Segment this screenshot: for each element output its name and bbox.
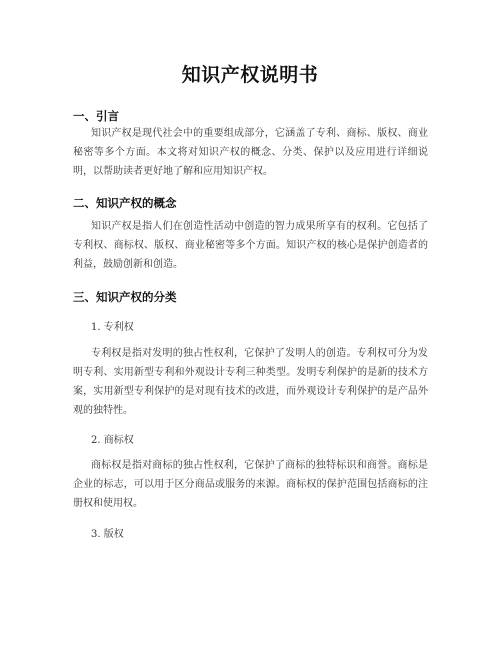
section-paragraph-introduction: 知识产权是现代社会中的重要组成部分，它涵盖了专利、商标、版权、商业秘密等多个方面… (73, 124, 428, 181)
document-page: 知识产权说明书 一、引言 知识产权是现代社会中的重要组成部分，它涵盖了专利、商标… (0, 0, 500, 647)
subsection-paragraph-patent: 专利权是指对发明的独占性权利，它保护了发明人的创造。专利权可分为发明专利、实用新… (73, 344, 428, 420)
subsection-label-copyright: 3. 版权 (91, 525, 124, 540)
section-heading-introduction: 一、引言 (73, 108, 119, 124)
subsection-label-patent: 1. 专利权 (91, 318, 134, 333)
section-paragraph-concept: 知识产权是指人们在创造性活动中创造的智力成果所享有的权利。它包括了专利权、商标权… (73, 217, 428, 274)
subsection-label-trademark: 2. 商标权 (91, 431, 134, 446)
section-heading-concept: 二、知识产权的概念 (73, 195, 177, 211)
section-heading-classification: 三、知识产权的分类 (73, 289, 177, 305)
document-title: 知识产权说明书 (0, 60, 500, 87)
subsection-paragraph-trademark: 商标权是指对商标的独占性权利，它保护了商标的独特标识和商誉。商标是企业的标志，可… (73, 456, 428, 513)
